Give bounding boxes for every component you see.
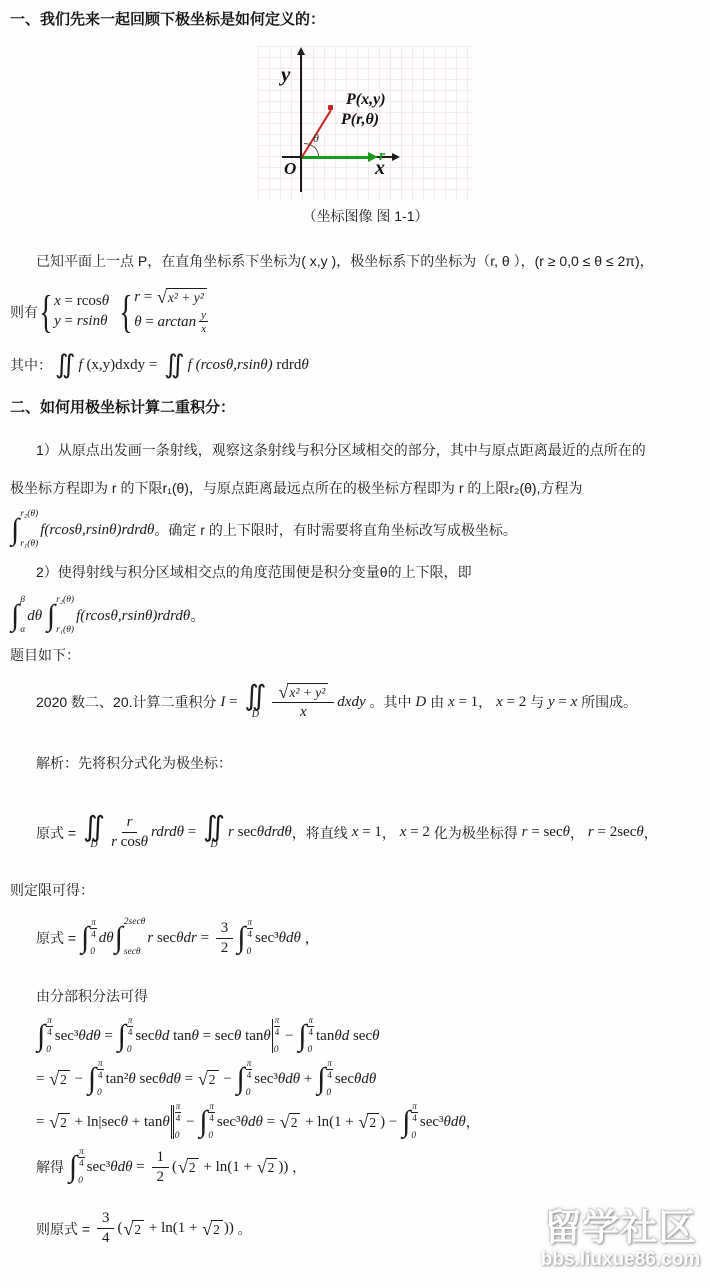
math-run: θ xyxy=(263,1028,270,1045)
integral-limits: 2secθsecθ xyxy=(124,918,146,958)
limit: 0 xyxy=(175,1132,182,1142)
math-run: x xyxy=(54,293,61,310)
integral-sign: ∫ xyxy=(317,1065,325,1094)
radicand: 2 xyxy=(289,1113,301,1130)
math-run: y xyxy=(54,313,61,330)
zeyou-label: 则有 xyxy=(10,302,38,322)
fraction: yx xyxy=(199,309,208,335)
text-run: ， xyxy=(382,823,400,843)
sqrt: √2 xyxy=(178,1158,199,1176)
math-run: 2 xyxy=(221,940,229,957)
denominator: r cosθ xyxy=(111,833,148,851)
integral-limits: π40 xyxy=(411,1102,418,1142)
math-run: f(rcosθ,rsinθ)rdrdθ xyxy=(40,522,154,539)
cases-cartesian: x = rcosθ y = rsinθ xyxy=(54,293,109,330)
math-run: = xyxy=(101,1028,117,1045)
problem-statement: 2020 数二、20.计算二重积分 I = ∬D√x² + y²xdxdy 。其… xyxy=(36,683,637,721)
case-x: x = rcosθ xyxy=(54,293,109,310)
point-label-cartesian: P(x,y) xyxy=(346,91,386,109)
cases-polar: r = √x² + y² θ = arctanyx xyxy=(134,288,211,335)
integral-limits: π40 xyxy=(46,1016,53,1056)
math-run: dθ xyxy=(27,608,46,625)
watermark-title: 留学社区 xyxy=(538,1206,703,1250)
math-run: sec xyxy=(335,1071,354,1088)
watermark-url: bbs.liuxue86.com xyxy=(538,1250,703,1271)
radicand: 2 xyxy=(367,1113,379,1130)
denominator: 2 xyxy=(221,939,229,957)
limit: r₁(θ) xyxy=(20,540,38,550)
integral-sign: ∫ xyxy=(88,1065,96,1094)
limit: 0 xyxy=(127,1046,134,1056)
limit-fraction: π4 xyxy=(246,1059,253,1080)
limit: 0 xyxy=(208,1132,215,1142)
numerator: 3 xyxy=(97,1210,115,1229)
formula-solve: 解得 ∫π40sec³θdθ = 12(√2 + ln(1 + √2)) ， xyxy=(36,1147,306,1187)
math-run: = sec xyxy=(528,824,563,841)
math-run: − xyxy=(71,1071,87,1088)
sqrt: √2 xyxy=(257,1158,278,1176)
limit: 0 xyxy=(78,1177,85,1187)
domain-label: D xyxy=(210,840,217,850)
text-run: 原式 = xyxy=(36,823,80,843)
integral: ∫r₂(θ)r₁(θ) xyxy=(47,596,74,636)
math-run: sec³ xyxy=(87,1159,111,1176)
integral-limits: π40 xyxy=(247,918,254,958)
math-token: π xyxy=(78,1147,85,1158)
math-run: θdθ xyxy=(241,1114,263,1131)
math-run: θ xyxy=(234,1028,245,1045)
math-run: θ xyxy=(134,314,141,331)
math-run: x xyxy=(496,694,503,711)
text-run: 则原式 = xyxy=(36,1219,94,1239)
integral-limits: π40 xyxy=(307,1016,314,1056)
text-run: ， xyxy=(292,1157,306,1177)
limit: r₁(θ) xyxy=(56,626,74,636)
math-token: π xyxy=(274,1016,281,1027)
text-run: ， xyxy=(466,1112,480,1132)
math-run: D xyxy=(415,694,426,711)
formula-parts-1: ∫π40sec³θdθ = ∫π40secθd tanθ = secθ tanθ… xyxy=(36,1016,379,1056)
bar-limits: π40 xyxy=(274,1016,281,1056)
math-token: 4 xyxy=(247,1070,252,1080)
integral: ∫π40 xyxy=(118,1016,134,1056)
integral-limits: π40 xyxy=(78,1147,85,1187)
sqrt: √x² + y² xyxy=(157,288,207,306)
limit: 0 xyxy=(307,1046,314,1056)
integral: ∫π40 xyxy=(298,1016,314,1056)
sqrt: √2 xyxy=(198,1070,219,1088)
integral-identity-formula: ∬f (x,y)dxdy = ∬f (rcosθ,rsinθ) rdrdθ xyxy=(52,352,309,378)
math-run: = xyxy=(133,1159,149,1176)
math-run: θ xyxy=(128,1071,139,1088)
radicand: 2 xyxy=(58,1113,70,1130)
paragraph-problem-intro: 题目如下： xyxy=(10,645,80,665)
left-brace: { xyxy=(120,291,133,332)
math-run: sec xyxy=(157,930,176,947)
math-run: − xyxy=(220,1071,236,1088)
bar-limits: π40 xyxy=(175,1102,182,1142)
math-run: ( xyxy=(172,1159,177,1176)
math-run: tan xyxy=(245,1028,263,1045)
math-token: 4 xyxy=(47,1027,52,1037)
figure-caption: （坐标图像 图 1-1） xyxy=(248,206,483,226)
math-run: y xyxy=(548,694,555,711)
integral: ∫π40 xyxy=(88,1059,104,1099)
paragraph-analysis: 解析：先将积分式化为极坐标： xyxy=(36,753,232,773)
math-run: rsinθ xyxy=(77,313,108,330)
math-run: = 1 xyxy=(455,694,478,711)
limit: 0 xyxy=(90,948,97,958)
text-run: 。其中 xyxy=(366,692,416,712)
limit-fraction: π4 xyxy=(46,1016,53,1037)
math-token: π xyxy=(326,1059,333,1070)
paragraph-parts-intro: 由分部积分法可得 xyxy=(36,986,148,1006)
math-run: + ln(1 + xyxy=(145,1220,201,1237)
math-run: − xyxy=(281,1028,297,1045)
math-run: θdθ xyxy=(354,1071,376,1088)
text-run: 2020 数二、20.计算二重积分 xyxy=(36,692,220,712)
math-run: = 2sec xyxy=(594,824,637,841)
math-run: y xyxy=(201,309,206,321)
math-run: arctan xyxy=(158,314,197,331)
integral-sign: ∫ xyxy=(237,924,245,953)
math-run: = xyxy=(181,1071,197,1088)
math-run: θ xyxy=(301,357,308,374)
integral: ∫π40 xyxy=(199,1102,215,1142)
math-run: rdrd xyxy=(276,357,301,374)
formula-final: 则原式 = 34(√2 + ln(1 + √2)) 。 xyxy=(36,1210,252,1247)
paragraph-step2: 2）使得射线与积分区域相交点的角度范围便是积分变量θ的上下限，即 xyxy=(36,562,472,582)
limit: r₂(θ) xyxy=(56,596,74,606)
math-run: sec xyxy=(238,824,257,841)
math-run: sec xyxy=(140,1071,159,1088)
double-integral: ∬D xyxy=(203,815,225,850)
math-run: θ xyxy=(563,824,570,841)
sqrt: √2 xyxy=(123,1220,144,1238)
paragraph-limits-intro: 则定限可得： xyxy=(10,880,94,900)
left-brace: { xyxy=(39,291,52,332)
integral-limits: π40 xyxy=(127,1016,134,1056)
math-run: + ln|sec xyxy=(71,1114,121,1131)
math-run: sec³ xyxy=(217,1114,241,1131)
math-run: = xyxy=(263,1114,279,1131)
origin-label: O xyxy=(284,159,296,179)
math-run: = xyxy=(140,289,156,306)
math-run: + tan xyxy=(128,1114,162,1131)
sqrt: √2 xyxy=(49,1070,70,1088)
limit: 0 xyxy=(97,1089,104,1099)
text-run: 原式 = xyxy=(36,928,80,948)
math-run: x xyxy=(571,694,578,711)
qizhong-label: 其中： xyxy=(10,355,52,375)
math-run: x xyxy=(448,694,455,711)
math-run: sec³ xyxy=(55,1028,79,1045)
limit-fraction: π4 xyxy=(97,1059,104,1080)
radicand: 2 xyxy=(211,1220,223,1237)
limit: 0 xyxy=(46,1046,53,1056)
numerator: 3 xyxy=(216,920,234,939)
text-run: ， xyxy=(478,692,496,712)
text-run: ， xyxy=(301,928,319,948)
limit: 0 xyxy=(411,1132,418,1142)
math-run: 3 xyxy=(102,1210,110,1227)
math-token: π xyxy=(208,1102,215,1113)
case-r: r = √x² + y² xyxy=(134,288,211,306)
bar-line xyxy=(272,1019,273,1053)
denominator: x xyxy=(300,703,307,721)
bar-line xyxy=(171,1105,174,1139)
math-run: θ xyxy=(102,293,109,310)
math-run: θ xyxy=(162,1114,169,1131)
eval-bar: π40 xyxy=(171,1102,182,1142)
math-run: + ln(1 + xyxy=(200,1159,256,1176)
limit: 0 xyxy=(246,1089,253,1099)
integral: ∫π40 xyxy=(37,1016,53,1056)
integral-sign: ∫ xyxy=(37,1022,45,1051)
numerator: √x² + y² xyxy=(272,683,334,703)
math-run: θd xyxy=(155,1028,174,1045)
limit: r₂(θ) xyxy=(20,510,38,520)
math-run: 3 xyxy=(221,920,229,937)
math-run: θ xyxy=(636,824,643,841)
math-run: θ xyxy=(191,1028,198,1045)
eval-bar: π40 xyxy=(272,1016,281,1056)
math-run: = xyxy=(184,824,200,841)
denominator: 4 xyxy=(102,1229,110,1247)
integral: ∫π40 xyxy=(237,1059,253,1099)
integral-sign: ∬ xyxy=(244,684,266,709)
text-run: 。确定 r 的上下限时，有时需要将直角坐标改写成极坐标。 xyxy=(154,520,516,540)
math-run: dθ xyxy=(99,930,114,947)
math-run: = xyxy=(225,694,241,711)
formula-parts-3: = √2 + ln|secθ + tanθπ40 − ∫π40sec³θdθ =… xyxy=(36,1102,480,1142)
limit: 0 xyxy=(247,948,254,958)
theta-label: θ xyxy=(313,131,319,146)
radicand: 2 xyxy=(132,1220,144,1237)
limit-fraction: π4 xyxy=(78,1147,85,1168)
limit: 0 xyxy=(326,1089,333,1099)
point-p-dot xyxy=(328,105,333,110)
text-run: ， xyxy=(644,823,658,843)
math-token: 4 xyxy=(128,1027,133,1037)
math-run: 1 xyxy=(157,1149,165,1166)
case-theta: θ = arctanyx xyxy=(134,309,211,335)
x-axis-arrowhead-icon xyxy=(392,153,400,161)
sqrt: √2 xyxy=(49,1113,70,1131)
polar-axis-label: r xyxy=(379,148,385,165)
integral-sign: ∫ xyxy=(118,1022,126,1051)
math-run: cos xyxy=(121,834,141,851)
math-run: θdθ xyxy=(278,1071,300,1088)
math-run: sec xyxy=(353,1028,372,1045)
math-run: tan² xyxy=(106,1071,129,1088)
integral-limits: r₂(θ)r₁(θ) xyxy=(20,510,38,550)
polar-conversion-formulas: 则有 { x = rcosθ y = rsinθ { r = √x² + y² … xyxy=(10,288,211,335)
integral-sign: ∫ xyxy=(402,1108,410,1137)
integral-sign: ∫ xyxy=(115,924,123,953)
integral: ∫π40 xyxy=(402,1102,418,1142)
math-run: sec³ xyxy=(254,1071,278,1088)
math-run: θdθ xyxy=(78,1028,100,1045)
math-run: = xyxy=(61,313,77,330)
math-run: + xyxy=(300,1071,316,1088)
integral-limits: r₂(θ)r₁(θ) xyxy=(56,596,74,636)
limit-fraction: π4 xyxy=(175,1102,182,1123)
text-run: ， xyxy=(570,823,588,843)
limit-fraction: π4 xyxy=(307,1016,314,1037)
text-run: 与 xyxy=(526,692,548,712)
document-page: 一、我们先来一起回顾下极坐标是如何定义的： y x r O θ P(x,y) P… xyxy=(0,0,710,1288)
fraction: 34 xyxy=(97,1210,115,1247)
integral: ∫π40 xyxy=(317,1059,333,1099)
math-run: θ xyxy=(121,1114,128,1131)
math-run: )) xyxy=(278,1159,292,1176)
case-y: y = rsinθ xyxy=(54,313,109,330)
math-run: sec³ xyxy=(420,1114,444,1131)
math-run: θdθ xyxy=(110,1159,132,1176)
formula-theta-limits: ∫βαdθ ∫r₂(θ)r₁(θ)f(rcosθ,rsinθ)rdrdθ。 xyxy=(10,596,204,636)
math-token: 4 xyxy=(327,1070,332,1080)
math-token: π xyxy=(127,1016,134,1027)
math-run: tan xyxy=(316,1028,334,1045)
section-2-heading: 二、如何用极坐标计算二重积分： xyxy=(10,396,235,417)
limit: α xyxy=(20,626,25,636)
math-run: θdθ xyxy=(444,1114,466,1131)
math-run: = sec xyxy=(199,1028,234,1045)
integral-sign: ∬ xyxy=(83,815,105,840)
integral: ∫π40 xyxy=(69,1147,85,1187)
math-run: = xyxy=(197,930,213,947)
limit-fraction: π4 xyxy=(247,918,254,939)
integral-limits: π40 xyxy=(326,1059,333,1099)
math-run: x xyxy=(201,323,206,335)
math-run: − xyxy=(182,1114,198,1131)
math-run: sec³ xyxy=(255,930,279,947)
math-run: r xyxy=(228,824,238,841)
integral-sign: ∫ xyxy=(47,602,55,631)
double-integral: ∬ xyxy=(164,352,185,378)
integral: ∫r₂(θ)r₁(θ) xyxy=(11,510,38,550)
math-run: )) xyxy=(224,1220,238,1237)
domain-label: D xyxy=(90,840,97,850)
math-run: x xyxy=(300,704,307,721)
integral-sign: ∫ xyxy=(11,602,19,631)
math-token: 4 xyxy=(91,929,96,939)
radicand: x² + y² xyxy=(287,683,328,700)
math-run: + ln(1 + xyxy=(301,1114,357,1131)
math-token: π xyxy=(175,1102,182,1113)
math-token: π xyxy=(411,1102,418,1113)
limit: secθ xyxy=(124,948,146,958)
math-token: 4 xyxy=(248,929,253,939)
paragraph-step1: 1）从原点出发画一条射线，观察这条射线与积分区域相交的部分，其中与原点距离最近的… xyxy=(36,440,646,460)
integral-limits: π40 xyxy=(246,1059,253,1099)
fraction: rr cosθ xyxy=(111,814,148,851)
limit: β xyxy=(20,596,25,606)
math-run: 4 xyxy=(102,1230,110,1247)
math-run: θdθ xyxy=(279,930,301,947)
math-run: = xyxy=(555,694,571,711)
limit-fraction: π4 xyxy=(90,918,97,939)
math-run: dxdy xyxy=(337,694,365,711)
math-run: (x,y)dxdy = xyxy=(86,357,161,374)
formula-parts-2: = √2 − ∫π40tan²θ secθdθ = √2 − ∫π40sec³θ… xyxy=(36,1059,376,1099)
integral-sign: ∫ xyxy=(81,924,89,953)
math-run: = xyxy=(36,1071,48,1088)
math-run: θd xyxy=(334,1028,353,1045)
radicand: 2 xyxy=(207,1070,219,1087)
math-token: 4 xyxy=(275,1027,280,1037)
limit: 2secθ xyxy=(124,918,146,928)
math-run: θ xyxy=(372,1028,379,1045)
numerator: 1 xyxy=(152,1149,170,1168)
math-run: x xyxy=(352,824,359,841)
text-run: ，将直线 xyxy=(292,823,352,843)
denominator: 2 xyxy=(157,1168,165,1186)
numerator: y xyxy=(199,309,208,322)
math-token: 4 xyxy=(176,1113,181,1123)
numerator: r xyxy=(122,814,138,833)
domain-label: D xyxy=(252,710,259,720)
watermark: 留学社区 bbs.liuxue86.com xyxy=(538,1206,703,1271)
integral-sign: ∫ xyxy=(69,1153,77,1182)
double-integral: ∬ xyxy=(55,352,76,378)
fraction: 32 xyxy=(216,920,234,957)
integral-limits: π40 xyxy=(208,1102,215,1142)
sqrt: √x² + y² xyxy=(278,683,328,701)
math-run: θdθ xyxy=(159,1071,181,1088)
math-token: 4 xyxy=(412,1113,417,1123)
math-run: = xyxy=(36,1114,48,1131)
math-run: f (rcosθ,rsinθ) xyxy=(188,357,277,374)
math-token: 4 xyxy=(209,1113,214,1123)
integral: ∫βα xyxy=(11,596,25,636)
limit-fraction: π4 xyxy=(127,1016,134,1037)
limit-fraction: π4 xyxy=(208,1102,215,1123)
formula-original-1: 原式 = ∬Drr cosθrdrdθ = ∬Dr secθdrdθ，将直线 x… xyxy=(36,814,658,851)
integral-sign: ∫ xyxy=(199,1108,207,1137)
y-axis-line xyxy=(300,53,302,192)
integral-sign: ∬ xyxy=(203,815,225,840)
math-run: f xyxy=(79,357,87,374)
y-axis-arrowhead-icon xyxy=(297,47,305,55)
math-run: 2 xyxy=(157,1169,165,1186)
integral: ∫π40 xyxy=(81,918,97,958)
double-integral: ∬D xyxy=(244,684,266,719)
math-run: = xyxy=(142,314,158,331)
math-token: 4 xyxy=(308,1027,313,1037)
paragraph-step1b: 极坐标方程即为 r 的下限r₁(θ)，与原点距离最远点所在的极坐标方程即为 r … xyxy=(10,478,582,498)
math-token: 4 xyxy=(79,1158,84,1168)
math-run: r xyxy=(127,814,133,831)
math-token: π xyxy=(247,918,254,929)
math-run: = rcos xyxy=(61,293,102,310)
math-run: = 2 xyxy=(503,694,526,711)
math-run: ) − xyxy=(380,1114,401,1131)
math-token: π xyxy=(46,1016,53,1027)
math-run: f(rcosθ,rsinθ)rdrdθ xyxy=(76,608,190,625)
integral: ∫2secθsecθ xyxy=(115,918,146,958)
limit: 0 xyxy=(274,1046,281,1056)
radicand: 2 xyxy=(58,1070,70,1087)
fraction: 12 xyxy=(152,1149,170,1186)
math-run: = 2 xyxy=(406,824,429,841)
integral-limits: π40 xyxy=(90,918,97,958)
section-1-heading: 一、我们先来一起回顾下极坐标是如何定义的： xyxy=(10,8,325,29)
sqrt: √2 xyxy=(280,1113,301,1131)
text-run: 。 xyxy=(190,606,204,626)
math-run: ( xyxy=(117,1220,122,1237)
